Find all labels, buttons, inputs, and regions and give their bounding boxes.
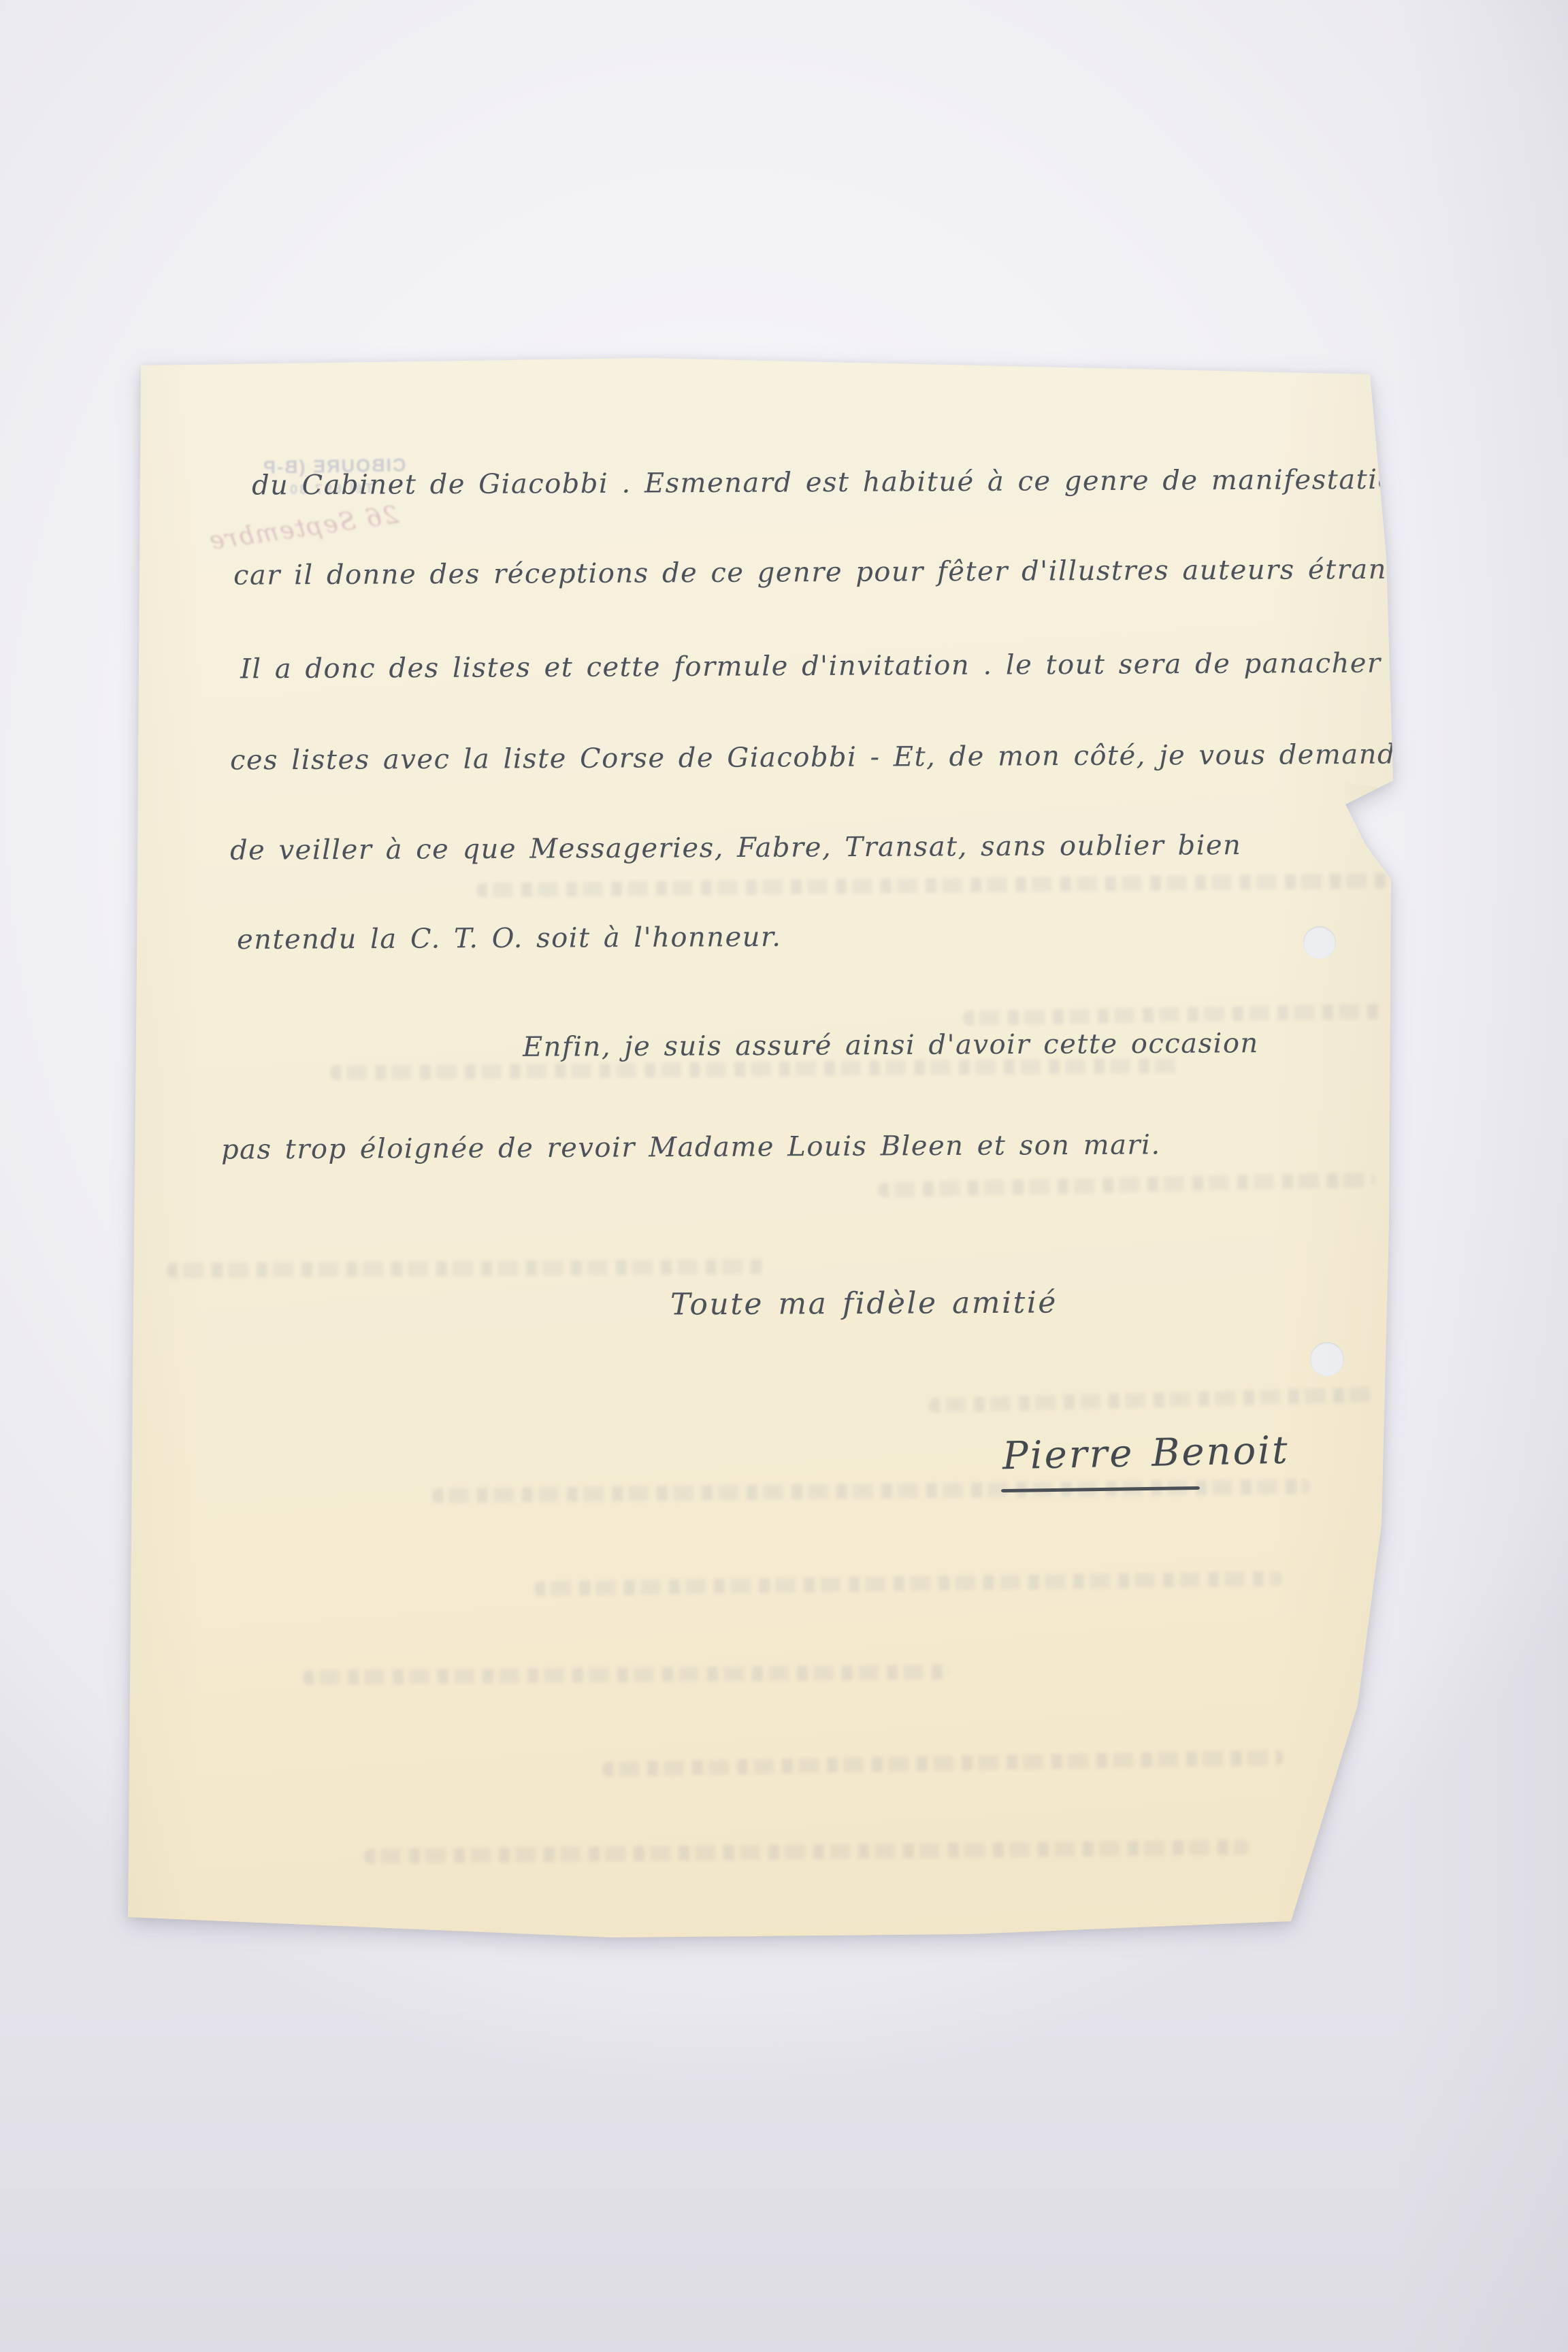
bleedthrough-line [534,1571,1283,1596]
folded-corner [1343,779,1394,844]
signature-underline [1001,1486,1200,1492]
backdrop-shadow-bottom [0,1998,1568,2352]
bleedthrough-line [432,1479,1310,1503]
bleedthrough-line [303,1665,949,1685]
signature: Pierre Benoit [1002,1428,1290,1479]
handwritten-line-5: de veiller à ce que Messageries, Fabre, … [230,830,1242,866]
bleedthrough-line [929,1387,1378,1413]
punch-hole-top [1303,926,1336,959]
handwritten-line-1: du Cabinet de Giacobbi . Esmenard est ha… [252,463,1424,501]
closing-line: Toute ma fidèle amitié [670,1286,1058,1322]
punch-hole-bottom [1310,1342,1344,1376]
handwritten-line-6: entendu la C. T. O. soit à l'honneur. [237,921,782,955]
handwritten-line-8: pas trop éloignée de revoir Madame Louis… [221,1129,1161,1165]
bleedthrough-date-note: 26 Septembre [207,502,401,556]
letter-paper: CIBOURE (B-P Tél 697 30 26 Septembre du … [126,353,1400,1942]
handwritten-line-4: ces listes avec la liste Corse de Giacob… [230,738,1413,776]
handwritten-line-3: Il a donc des listes et cette formule d'… [240,648,1382,685]
bleedthrough-line [476,873,1388,898]
handwritten-line-2: car il donne des réceptions de ce genre … [233,553,1461,591]
bleedthrough-line [963,1004,1382,1026]
handwritten-line-7: Enfin, je suis assuré ainsi d'avoir cett… [523,1028,1259,1063]
bleedthrough-line [602,1750,1283,1776]
backdrop-shadow-right [1391,0,1568,2352]
bleedthrough-line [364,1840,1249,1864]
bleedthrough-line [878,1172,1375,1197]
letter-paper-wrap: CIBOURE (B-P Tél 697 30 26 Septembre du … [126,353,1400,1942]
bleedthrough-line [167,1259,766,1278]
